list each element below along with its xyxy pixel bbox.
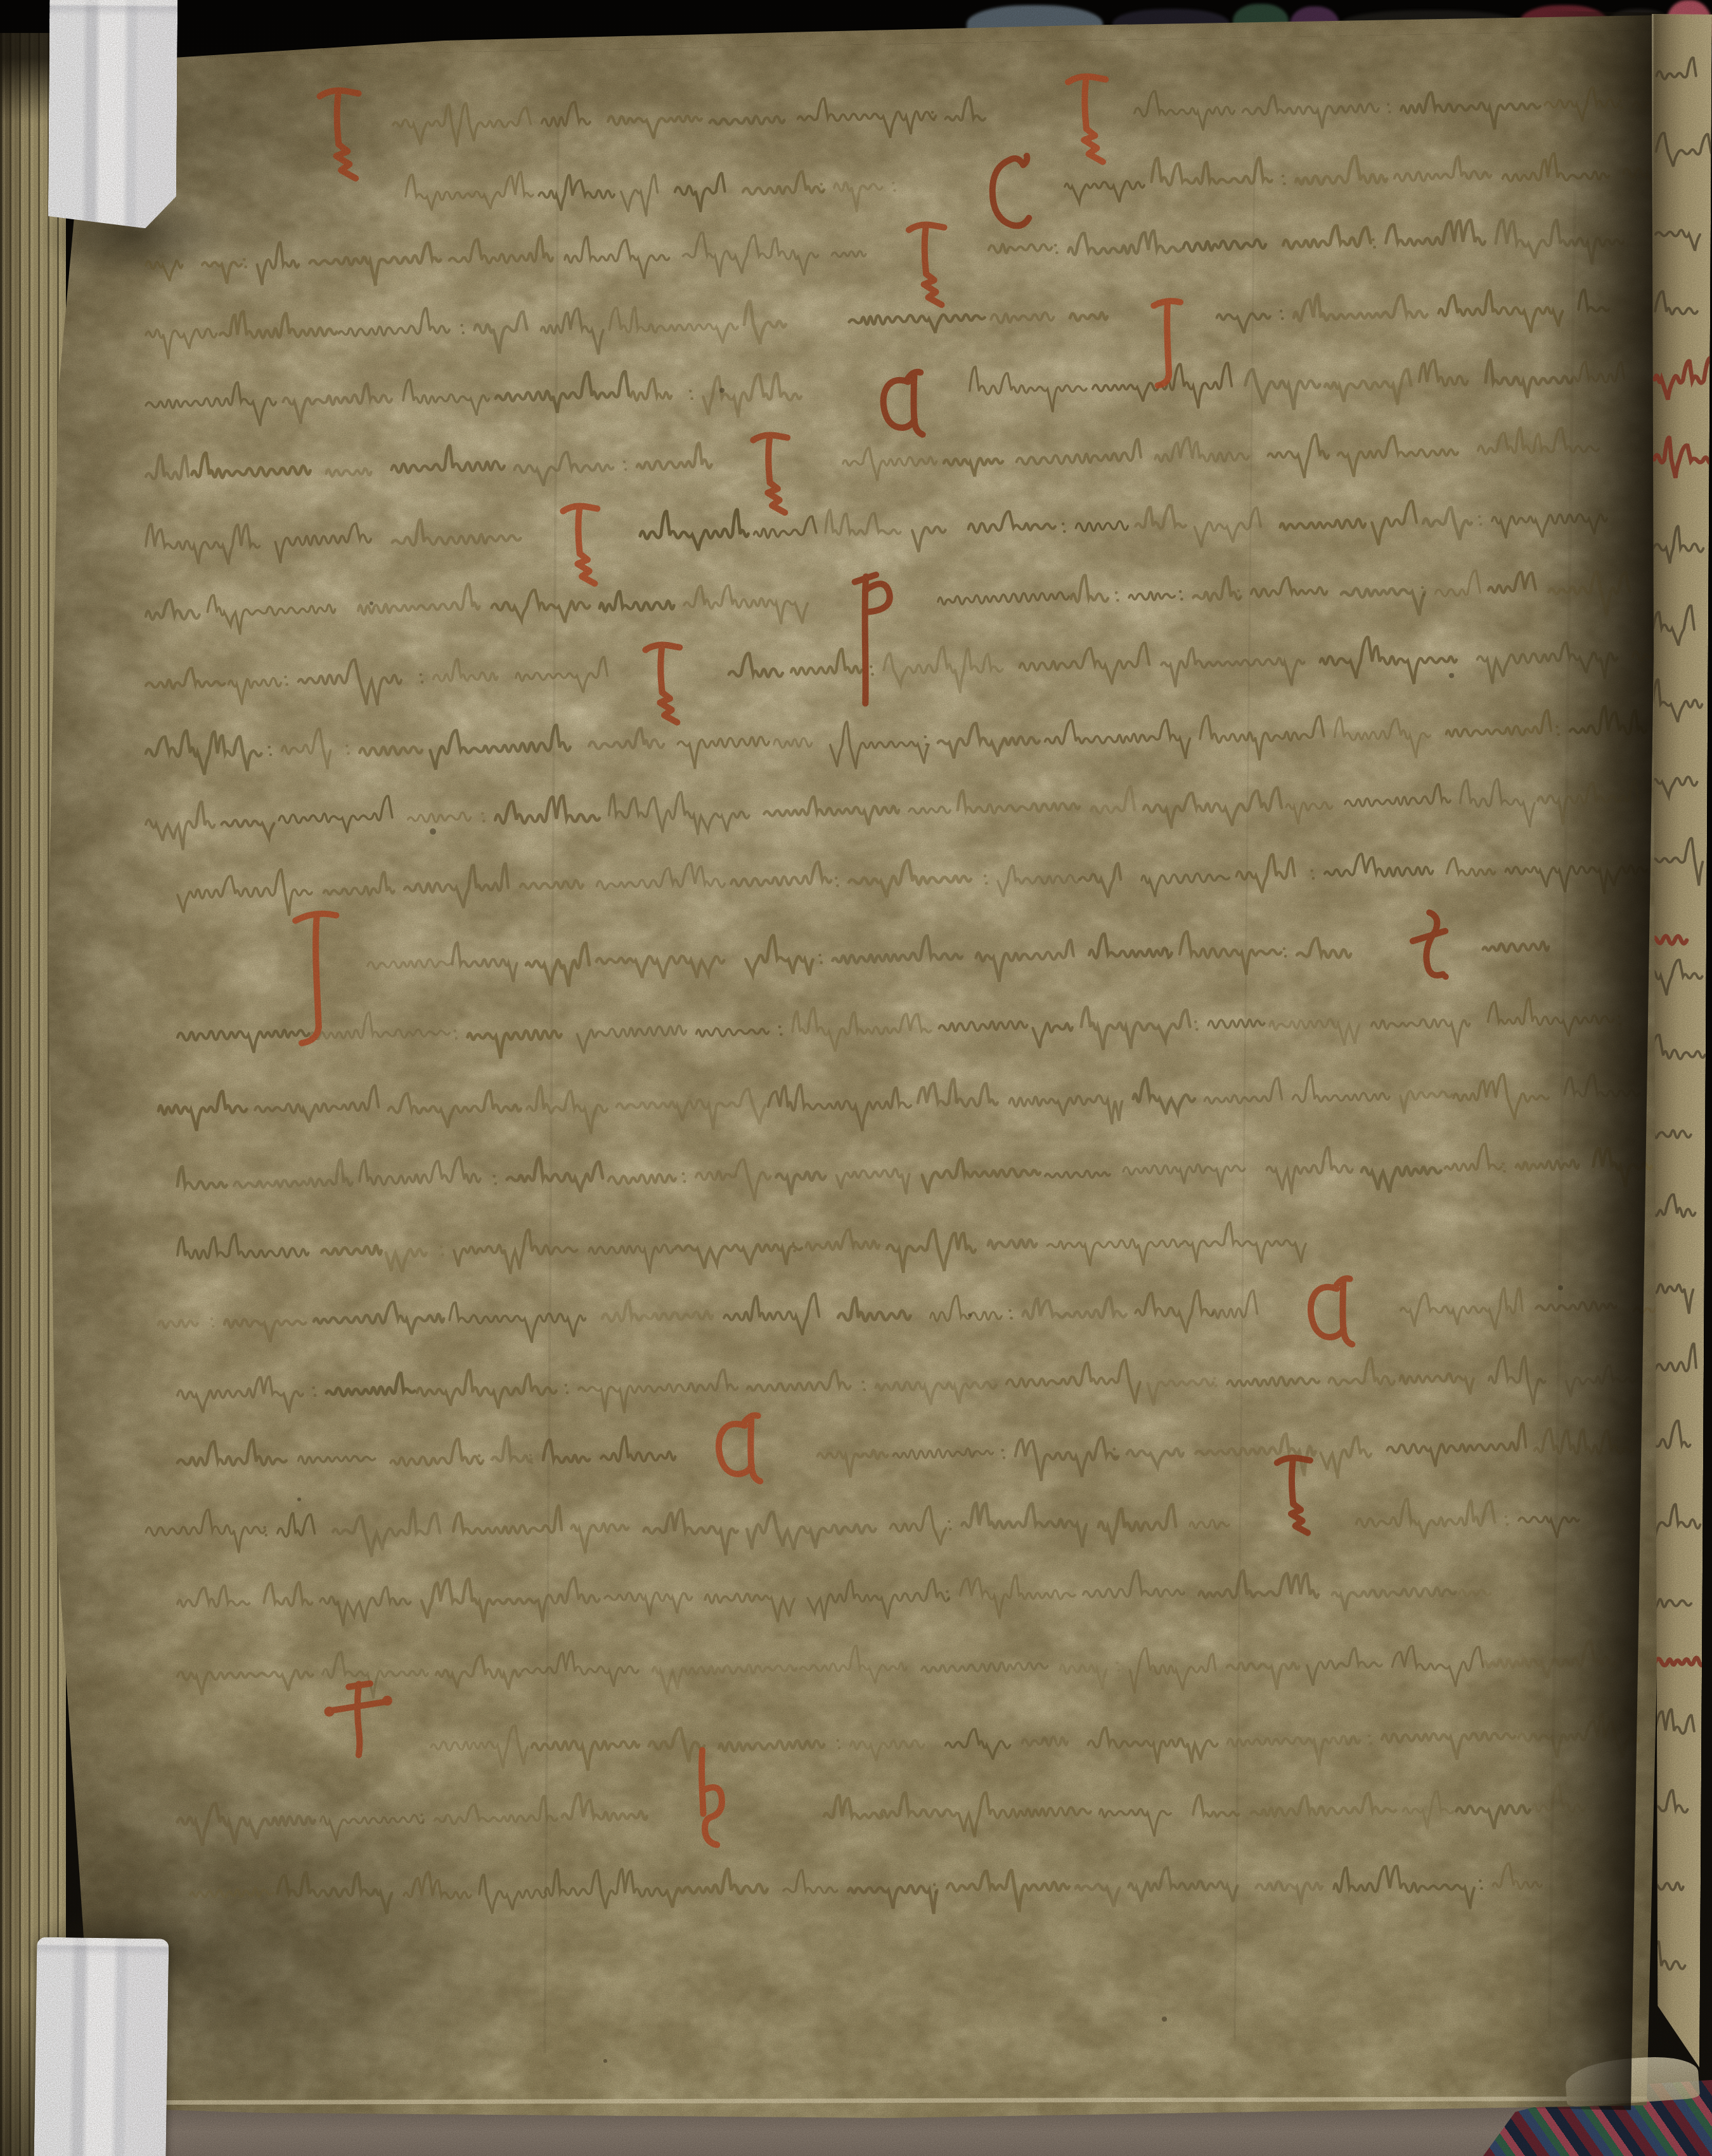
punctuation-dot — [1311, 876, 1315, 880]
punctuation-dot — [1001, 1449, 1004, 1452]
rubric-stroke — [745, 1415, 758, 1421]
handwriting-word — [1065, 181, 1145, 203]
punctuation-dot — [312, 1386, 315, 1389]
handwriting-word — [323, 872, 394, 895]
rubric-stroke — [768, 482, 785, 513]
punctuation-dot — [1502, 1162, 1505, 1165]
handwriting-word — [1193, 576, 1241, 601]
facing-fragment — [1654, 526, 1704, 563]
handwriting-word — [474, 312, 527, 354]
handwriting-word — [403, 378, 490, 417]
punctuation-dot — [838, 1747, 841, 1750]
punctuation-dot — [1372, 238, 1375, 241]
handwriting-word — [1356, 1498, 1495, 1540]
text-line-17 — [177, 1221, 1306, 1280]
handwriting-word — [764, 795, 899, 827]
handwriting-word — [229, 678, 282, 705]
handwriting-word — [1256, 1881, 1322, 1904]
handwriting-word — [449, 236, 553, 264]
punctuation-dot — [243, 258, 246, 261]
text-line-15 — [158, 1070, 1640, 1140]
handwriting-word — [969, 365, 1087, 414]
punctuation-dot — [565, 1391, 569, 1394]
handwriting-word — [515, 657, 607, 693]
punctuation-dot — [1167, 956, 1170, 959]
handwriting-word — [842, 447, 936, 482]
handwriting-word — [1195, 1434, 1315, 1477]
handwriting-word — [1099, 1808, 1171, 1837]
handwriting-word — [404, 1871, 471, 1899]
rubric-stroke — [314, 916, 321, 1027]
handwriting-word — [676, 1244, 802, 1269]
rubric-dot — [324, 1707, 335, 1717]
handwriting-word — [298, 1455, 375, 1464]
ink-spot — [430, 828, 436, 835]
mottle-coarse — [0, 0, 1712, 2156]
handwriting-word — [390, 1439, 483, 1466]
handwriting-word — [177, 1670, 313, 1695]
punctuation-dot — [622, 460, 626, 463]
facing-fragment-red — [1651, 936, 1687, 944]
text-line-4 — [145, 286, 1609, 363]
handwriting-word — [649, 1728, 705, 1762]
handwriting-word — [146, 328, 217, 359]
handwriting-word — [310, 1011, 450, 1039]
handwriting-word — [1446, 857, 1495, 876]
punctuation-dot — [1422, 593, 1426, 596]
parchment-crease — [1233, 152, 1255, 2041]
handwriting-word — [1320, 1436, 1371, 1479]
handwriting-word — [177, 1803, 315, 1846]
punctuation-dot — [347, 752, 350, 755]
handwriting-word — [968, 511, 1055, 533]
handwriting-word — [696, 1159, 771, 1202]
handwriting-word — [1128, 1867, 1237, 1903]
punctuation-dot — [835, 876, 838, 880]
punctuation-dot — [481, 812, 484, 815]
handwriting-word — [774, 738, 812, 748]
rubric-stroke — [768, 437, 771, 483]
punctuation-dot — [820, 961, 823, 965]
rubric-stroke — [909, 224, 944, 230]
punctuation-dot — [689, 390, 692, 393]
handwriting-word — [359, 1157, 480, 1184]
handwriting-word — [617, 1089, 766, 1131]
handwriting-word — [1208, 1019, 1265, 1028]
handwriting-word — [596, 863, 724, 889]
facing-fragment — [1653, 605, 1694, 646]
rubric-stroke — [1341, 1281, 1352, 1344]
handwriting-word — [545, 1868, 666, 1909]
handwriting-word — [791, 649, 862, 675]
handwriting-word — [1280, 519, 1365, 530]
handwriting-word — [1129, 592, 1175, 601]
punctuation-dot — [947, 1598, 950, 1601]
handwriting-word — [1320, 636, 1457, 686]
handwriting-word — [368, 959, 451, 969]
handwriting-word — [1190, 1520, 1230, 1529]
punctuation-dot — [285, 683, 288, 686]
handwriting-word — [1060, 1664, 1107, 1690]
rubric-stroke — [1290, 1503, 1308, 1533]
handwriting-word — [145, 454, 188, 480]
ink-spot — [1162, 2017, 1167, 2022]
punctuation-dot — [313, 1394, 316, 1397]
handwriting-word — [703, 373, 802, 418]
rubric-initial-cross — [323, 1683, 394, 1756]
rubric-stroke — [356, 1684, 361, 1755]
handwriting-word — [697, 1028, 769, 1037]
handwriting-word — [177, 1030, 309, 1054]
rubric-stroke — [861, 577, 870, 703]
rubric-stroke — [854, 575, 876, 582]
facing-fragment — [1650, 1130, 1691, 1138]
handwriting-word — [912, 527, 946, 553]
ink-spot — [968, 1313, 972, 1317]
handwriting-word — [945, 96, 986, 121]
punctuation-dot — [821, 190, 825, 193]
handwriting-word — [255, 1086, 378, 1123]
handwriting-word — [1123, 1164, 1245, 1188]
handwriting-word — [1334, 715, 1431, 759]
handwriting-word — [177, 1439, 286, 1466]
handwriting-word — [1076, 521, 1128, 531]
handwriting-word — [1337, 435, 1458, 477]
handwriting-word — [1090, 786, 1135, 813]
rubric-stroke — [1084, 129, 1103, 163]
punctuation-dot — [792, 1242, 795, 1245]
punctuation-dot — [818, 954, 821, 957]
handwriting-word — [435, 1655, 520, 1690]
handwriting-word — [431, 1725, 528, 1769]
rubric-stroke — [702, 1787, 723, 1845]
handwriting-word — [1460, 778, 1535, 828]
handwriting-word — [417, 1369, 557, 1409]
ink-spot — [370, 601, 373, 605]
punctuation-dot — [494, 1182, 497, 1185]
handwriting-word — [479, 1874, 546, 1913]
handwriting-word — [326, 468, 371, 477]
bookmark-tab-top — [48, 0, 178, 229]
handwriting-word — [527, 1085, 608, 1134]
punctuation-dot — [1310, 869, 1313, 872]
punctuation-dot — [1280, 309, 1283, 312]
handwriting-word — [1292, 1074, 1389, 1103]
punctuation-dot — [1194, 1020, 1197, 1023]
rubric-stroke — [749, 1418, 760, 1481]
punctuation-dot — [624, 468, 628, 471]
handwriting-word — [190, 1888, 273, 1897]
handwriting-word — [257, 242, 299, 285]
handwriting-word — [1236, 854, 1295, 894]
facing-fragment — [1656, 230, 1700, 251]
punctuation-dot — [420, 681, 423, 684]
ink-spot — [297, 1498, 301, 1501]
handwriting-layer — [0, 0, 1712, 2156]
handwriting-word — [359, 746, 422, 755]
punctuation-dot — [1477, 515, 1481, 518]
punctuation-dot — [985, 882, 988, 885]
handwriting-word — [1251, 1793, 1396, 1817]
punctuation-dot — [690, 397, 693, 401]
punctuation-dot — [460, 324, 463, 327]
handwriting-word — [177, 1376, 303, 1415]
punctuation-dot — [1282, 947, 1285, 950]
handwriting-word — [1332, 1588, 1457, 1611]
handwriting-word — [1270, 1018, 1360, 1046]
handwriting-word — [234, 1159, 352, 1188]
punctuation-dot — [780, 1033, 783, 1036]
handwriting-word — [747, 1511, 876, 1550]
punctuation-dot — [1503, 1170, 1506, 1173]
handwriting-word — [962, 1502, 1086, 1548]
punctuation-dot — [683, 1180, 686, 1183]
punctuation-dot — [1117, 1669, 1120, 1672]
handwriting-word — [571, 1524, 629, 1554]
rubric-initial-pilcrow — [563, 505, 600, 584]
handwriting-word — [975, 940, 1074, 982]
handwriting-word — [453, 1506, 562, 1534]
handwriting-word — [145, 802, 215, 850]
handwriting-word — [1135, 1290, 1214, 1333]
handwriting-word — [1403, 1791, 1453, 1830]
handwriting-word — [1133, 1077, 1195, 1115]
handwriting-word — [1199, 1570, 1318, 1598]
handwriting-word — [747, 1370, 851, 1392]
rubric-stroke — [1291, 1460, 1295, 1504]
text-line-1 — [392, 82, 1680, 149]
handwriting-word — [884, 646, 1003, 695]
ink-spot — [719, 388, 724, 393]
text-line-14 — [177, 997, 1622, 1063]
handwriting-word — [1459, 1589, 1491, 1596]
handwriting-word — [640, 510, 749, 552]
handwriting-word — [1098, 1505, 1176, 1545]
handwriting-word — [1307, 1648, 1382, 1686]
parchment-mottling — [0, 0, 1712, 2156]
handwriting-word — [605, 1592, 692, 1616]
facing-fragment — [1655, 292, 1697, 314]
rubric-stroke — [1068, 76, 1106, 82]
handwriting-word — [1445, 1144, 1501, 1171]
rubric-stroke — [1154, 301, 1180, 306]
handwriting-word — [145, 382, 276, 428]
rubric-stroke — [908, 372, 920, 378]
punctuation-dot — [948, 1520, 951, 1524]
handwriting-word — [667, 1869, 768, 1908]
handwriting-word — [1016, 439, 1141, 465]
rubric-initial-I7 — [1154, 301, 1183, 386]
punctuation-dot — [422, 1821, 425, 1824]
handwriting-word — [918, 1079, 998, 1107]
facing-fragment — [1656, 58, 1696, 79]
punctuation-dot — [1116, 1662, 1119, 1665]
handwriting-word — [998, 864, 1079, 897]
handwriting-word — [589, 728, 664, 749]
punctuation-dot — [345, 745, 349, 748]
handwriting-word — [937, 722, 1039, 759]
handwriting-word — [792, 1006, 931, 1052]
rubric-stroke — [1412, 931, 1445, 941]
punctuation-dot — [1166, 949, 1169, 952]
handwriting-word — [754, 517, 816, 538]
handwriting-word — [1081, 1006, 1190, 1050]
punctuation-dot — [264, 1534, 267, 1537]
text-line-9 — [145, 632, 1671, 710]
punctuation-dot — [1213, 1376, 1216, 1380]
rubric-stroke — [301, 1027, 319, 1043]
handwriting-word — [1033, 1023, 1072, 1048]
punctuation-dot — [479, 1462, 482, 1465]
punctuation-dot — [949, 1528, 952, 1531]
handwriting-word — [221, 819, 274, 839]
handwriting-word — [1019, 643, 1150, 686]
punctuation-dot — [461, 331, 465, 335]
punctuation-dot — [492, 1174, 496, 1177]
handwriting-word — [688, 1370, 737, 1392]
handwriting-word — [989, 243, 1052, 253]
handwriting-word — [333, 1508, 441, 1557]
punctuation-dot — [932, 119, 936, 122]
handwriting-word — [326, 1373, 415, 1396]
handwriting-word — [146, 599, 200, 620]
punctuation-dot — [892, 181, 895, 184]
rubric-stroke — [924, 227, 927, 274]
handwriting-word — [824, 1795, 883, 1819]
handwriting-word — [392, 102, 531, 148]
text-line-6 — [145, 425, 1599, 498]
handwriting-word — [1009, 1095, 1123, 1126]
handwriting-word — [357, 584, 479, 614]
handwriting-word — [320, 1587, 411, 1626]
handwriting-word — [848, 1885, 937, 1915]
rubric-stroke — [700, 1750, 704, 1814]
punctuation-dot — [893, 189, 896, 192]
punctuation-dot — [1281, 317, 1284, 320]
handwriting-word — [838, 1297, 910, 1321]
punctuation-dot — [1008, 1309, 1012, 1312]
handwriting-word — [391, 445, 505, 473]
parchment-crease — [543, 114, 559, 2053]
punctuation-dot — [1010, 1316, 1013, 1319]
handwriting-word — [278, 1513, 315, 1537]
handwriting-word — [277, 1872, 392, 1915]
text-line-2 — [405, 150, 1659, 221]
handwriting-word — [609, 305, 738, 345]
handwriting-word — [1341, 587, 1426, 617]
handwriting-word — [922, 1662, 1048, 1673]
punctuation-dot — [1179, 590, 1182, 593]
text-line-5 — [145, 354, 1625, 430]
rubric-stroke — [319, 90, 358, 96]
punctuation-dot — [1505, 1515, 1508, 1518]
punctuation-dot — [933, 1883, 936, 1886]
handwriting-word — [849, 859, 972, 898]
handwriting-word — [579, 1384, 689, 1414]
handwriting-word — [909, 807, 951, 814]
handwriting-word — [1088, 1726, 1218, 1764]
handwriting-word — [177, 1166, 227, 1190]
handwriting-word — [596, 956, 724, 980]
text-line-23 — [177, 1639, 1615, 1702]
punctuation-dot — [263, 1526, 266, 1529]
punctuation-dot — [420, 1813, 423, 1816]
punctuation-dot — [1063, 530, 1066, 533]
handwriting-word — [323, 1651, 428, 1698]
text-line-11 — [145, 776, 1638, 850]
rubric-initial-hook — [700, 1750, 723, 1845]
handwriting-word — [433, 658, 498, 682]
handwriting-word — [1251, 577, 1327, 597]
facing-fragment — [1649, 1195, 1695, 1217]
handwriting-word — [1200, 714, 1325, 761]
handwriting-word — [849, 314, 985, 335]
handwriting-word — [522, 1650, 638, 1688]
punctuation-dot — [564, 1383, 567, 1387]
handwriting-word — [1242, 94, 1379, 131]
rubric-stroke — [753, 434, 787, 440]
punctuation-dot — [419, 673, 422, 676]
handwriting-word — [1361, 1166, 1441, 1193]
handwriting-word — [876, 1381, 996, 1406]
handwriting-word — [783, 1870, 837, 1893]
handwriting-word — [177, 869, 312, 918]
punctuation-dot — [1282, 174, 1285, 177]
text-line-26 — [190, 1863, 1542, 1920]
rubric-dot — [382, 1695, 393, 1706]
punctuation-dot — [1368, 1735, 1371, 1738]
punctuation-dot — [984, 875, 987, 878]
ink-spot — [603, 2059, 607, 2063]
punctuation-dot — [1373, 246, 1376, 249]
handwriting-word — [1334, 1865, 1474, 1910]
handwriting-word — [1245, 368, 1320, 411]
punctuation-dot — [440, 1245, 443, 1248]
handwriting-word — [1142, 873, 1230, 897]
handwriting-word — [837, 1169, 910, 1195]
parchment-page — [0, 0, 1712, 2156]
handwriting-word — [1372, 501, 1417, 545]
text-line-21 — [146, 1497, 1580, 1560]
handwriting-word — [600, 591, 674, 612]
rubric-stroke — [1337, 1278, 1350, 1285]
handwriting-word — [832, 251, 866, 257]
handwriting-word — [947, 1870, 1069, 1913]
punctuation-dot — [1480, 1887, 1483, 1890]
rubric-initial-A — [1310, 1278, 1352, 1345]
handwriting-word — [145, 522, 259, 566]
punctuation-dot — [793, 1249, 796, 1252]
handwriting-word — [1083, 1570, 1184, 1598]
handwriting-word — [930, 1295, 1001, 1321]
handwriting-word — [388, 1090, 521, 1128]
handwriting-word — [283, 383, 392, 424]
handwriting-word — [434, 1796, 557, 1825]
handwriting-word — [731, 862, 831, 887]
rubric-stroke — [1310, 1287, 1344, 1338]
handwriting-word — [818, 1450, 888, 1478]
handwriting-word — [851, 1740, 924, 1761]
text-line-3 — [145, 217, 1623, 290]
rubric-stroke — [349, 1684, 370, 1687]
rubric-stroke — [1277, 1457, 1310, 1463]
text-line-10 — [145, 706, 1646, 781]
bookmark-tab-bottom — [34, 1937, 169, 2156]
handwriting-word — [800, 1645, 906, 1684]
handwriting-word — [991, 312, 1053, 323]
handwriting-word — [1193, 1795, 1239, 1817]
handwriting-word — [728, 653, 782, 677]
